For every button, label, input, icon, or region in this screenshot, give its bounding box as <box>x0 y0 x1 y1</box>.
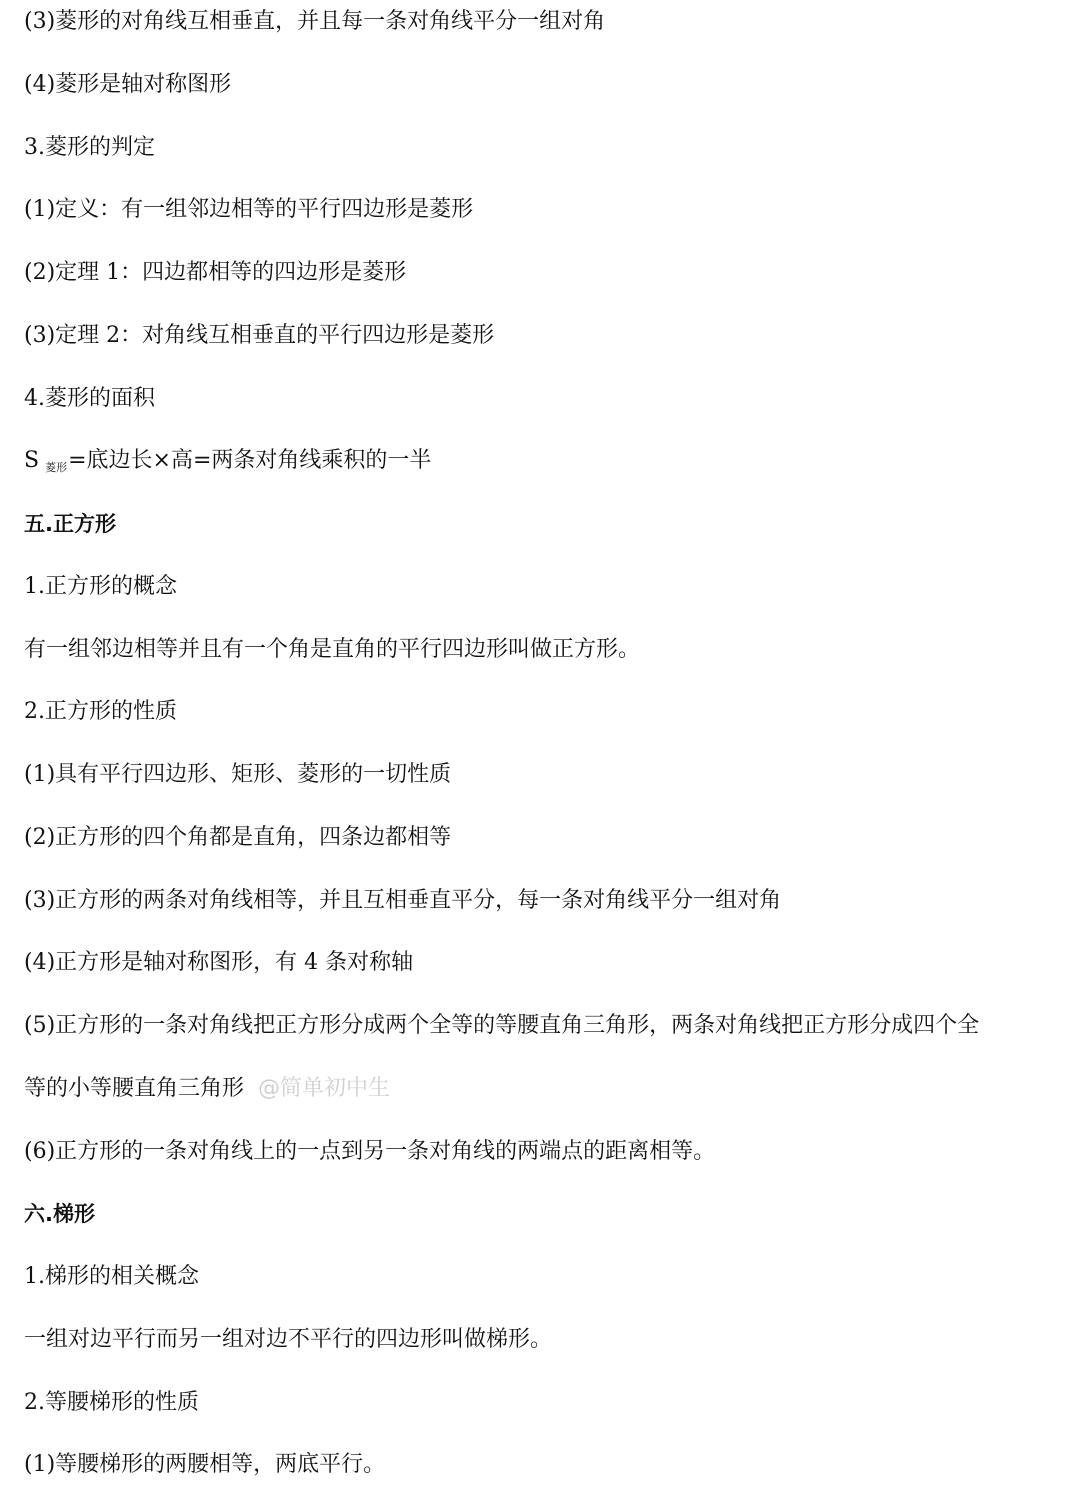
text-line: (1)定义：有一组邻边相等的平行四边形是菱形 <box>24 195 473 225</box>
text-line: 有一组邻边相等并且有一个角是直角的平行四边形叫做正方形。 <box>24 635 640 665</box>
section-subheading: 1.正方形的概念 <box>24 572 177 602</box>
text-line: (4)菱形是轴对称图形 <box>24 70 231 100</box>
text-line: (1)具有平行四边形、矩形、菱形的一切性质 <box>24 760 451 790</box>
section-heading: 五.正方形 <box>24 509 116 539</box>
section-subheading: 2.等腰梯形的性质 <box>24 1388 199 1418</box>
text-line: (1)等腰梯形的两腰相等，两底平行。 <box>24 1450 385 1480</box>
section-subheading: 3.菱形的判定 <box>24 133 155 163</box>
formula-body: =底边长×高=两条对角线乘积的一半 <box>68 448 431 473</box>
text-line: (2)正方形的四个角都是直角，四条边都相等 <box>24 823 451 853</box>
area-formula: S菱形=底边长×高=两条对角线乘积的一半 <box>24 446 431 476</box>
section-subheading: 1.梯形的相关概念 <box>24 1262 199 1292</box>
section-subheading: 2.正方形的性质 <box>24 697 177 727</box>
text-line: (4)正方形是轴对称图形，有 4 条对称轴 <box>24 948 413 978</box>
text-line: 等的小等腰直角三角形 <box>24 1076 244 1101</box>
section-heading: 六.梯形 <box>24 1199 95 1229</box>
formula-subscript: 菱形 <box>45 461 67 474</box>
text-line-with-watermark: 等的小等腰直角三角形@简单初中生 <box>24 1074 390 1104</box>
text-line: (3)菱形的对角线互相垂直，并且每一条对角线平分一组对角 <box>24 7 605 37</box>
text-line: (3)定理 2：对角线互相垂直的平行四边形是菱形 <box>24 321 494 351</box>
section-subheading: 4.菱形的面积 <box>24 384 155 414</box>
text-line: (2)定理 1：四边都相等的四边形是菱形 <box>24 258 406 288</box>
text-line: (3)正方形的两条对角线相等，并且互相垂直平分，每一条对角线平分一组对角 <box>24 886 781 916</box>
text-line: (6)正方形的一条对角线上的一点到另一条对角线的两端点的距离相等。 <box>24 1137 715 1167</box>
formula-symbol: S <box>24 448 39 473</box>
text-line: (5)正方形的一条对角线把正方形分成两个全等的等腰直角三角形，两条对角线把正方形… <box>24 1011 979 1041</box>
watermark: @简单初中生 <box>258 1076 390 1101</box>
text-line: 一组对边平行而另一组对边不平行的四边形叫做梯形。 <box>24 1325 552 1355</box>
